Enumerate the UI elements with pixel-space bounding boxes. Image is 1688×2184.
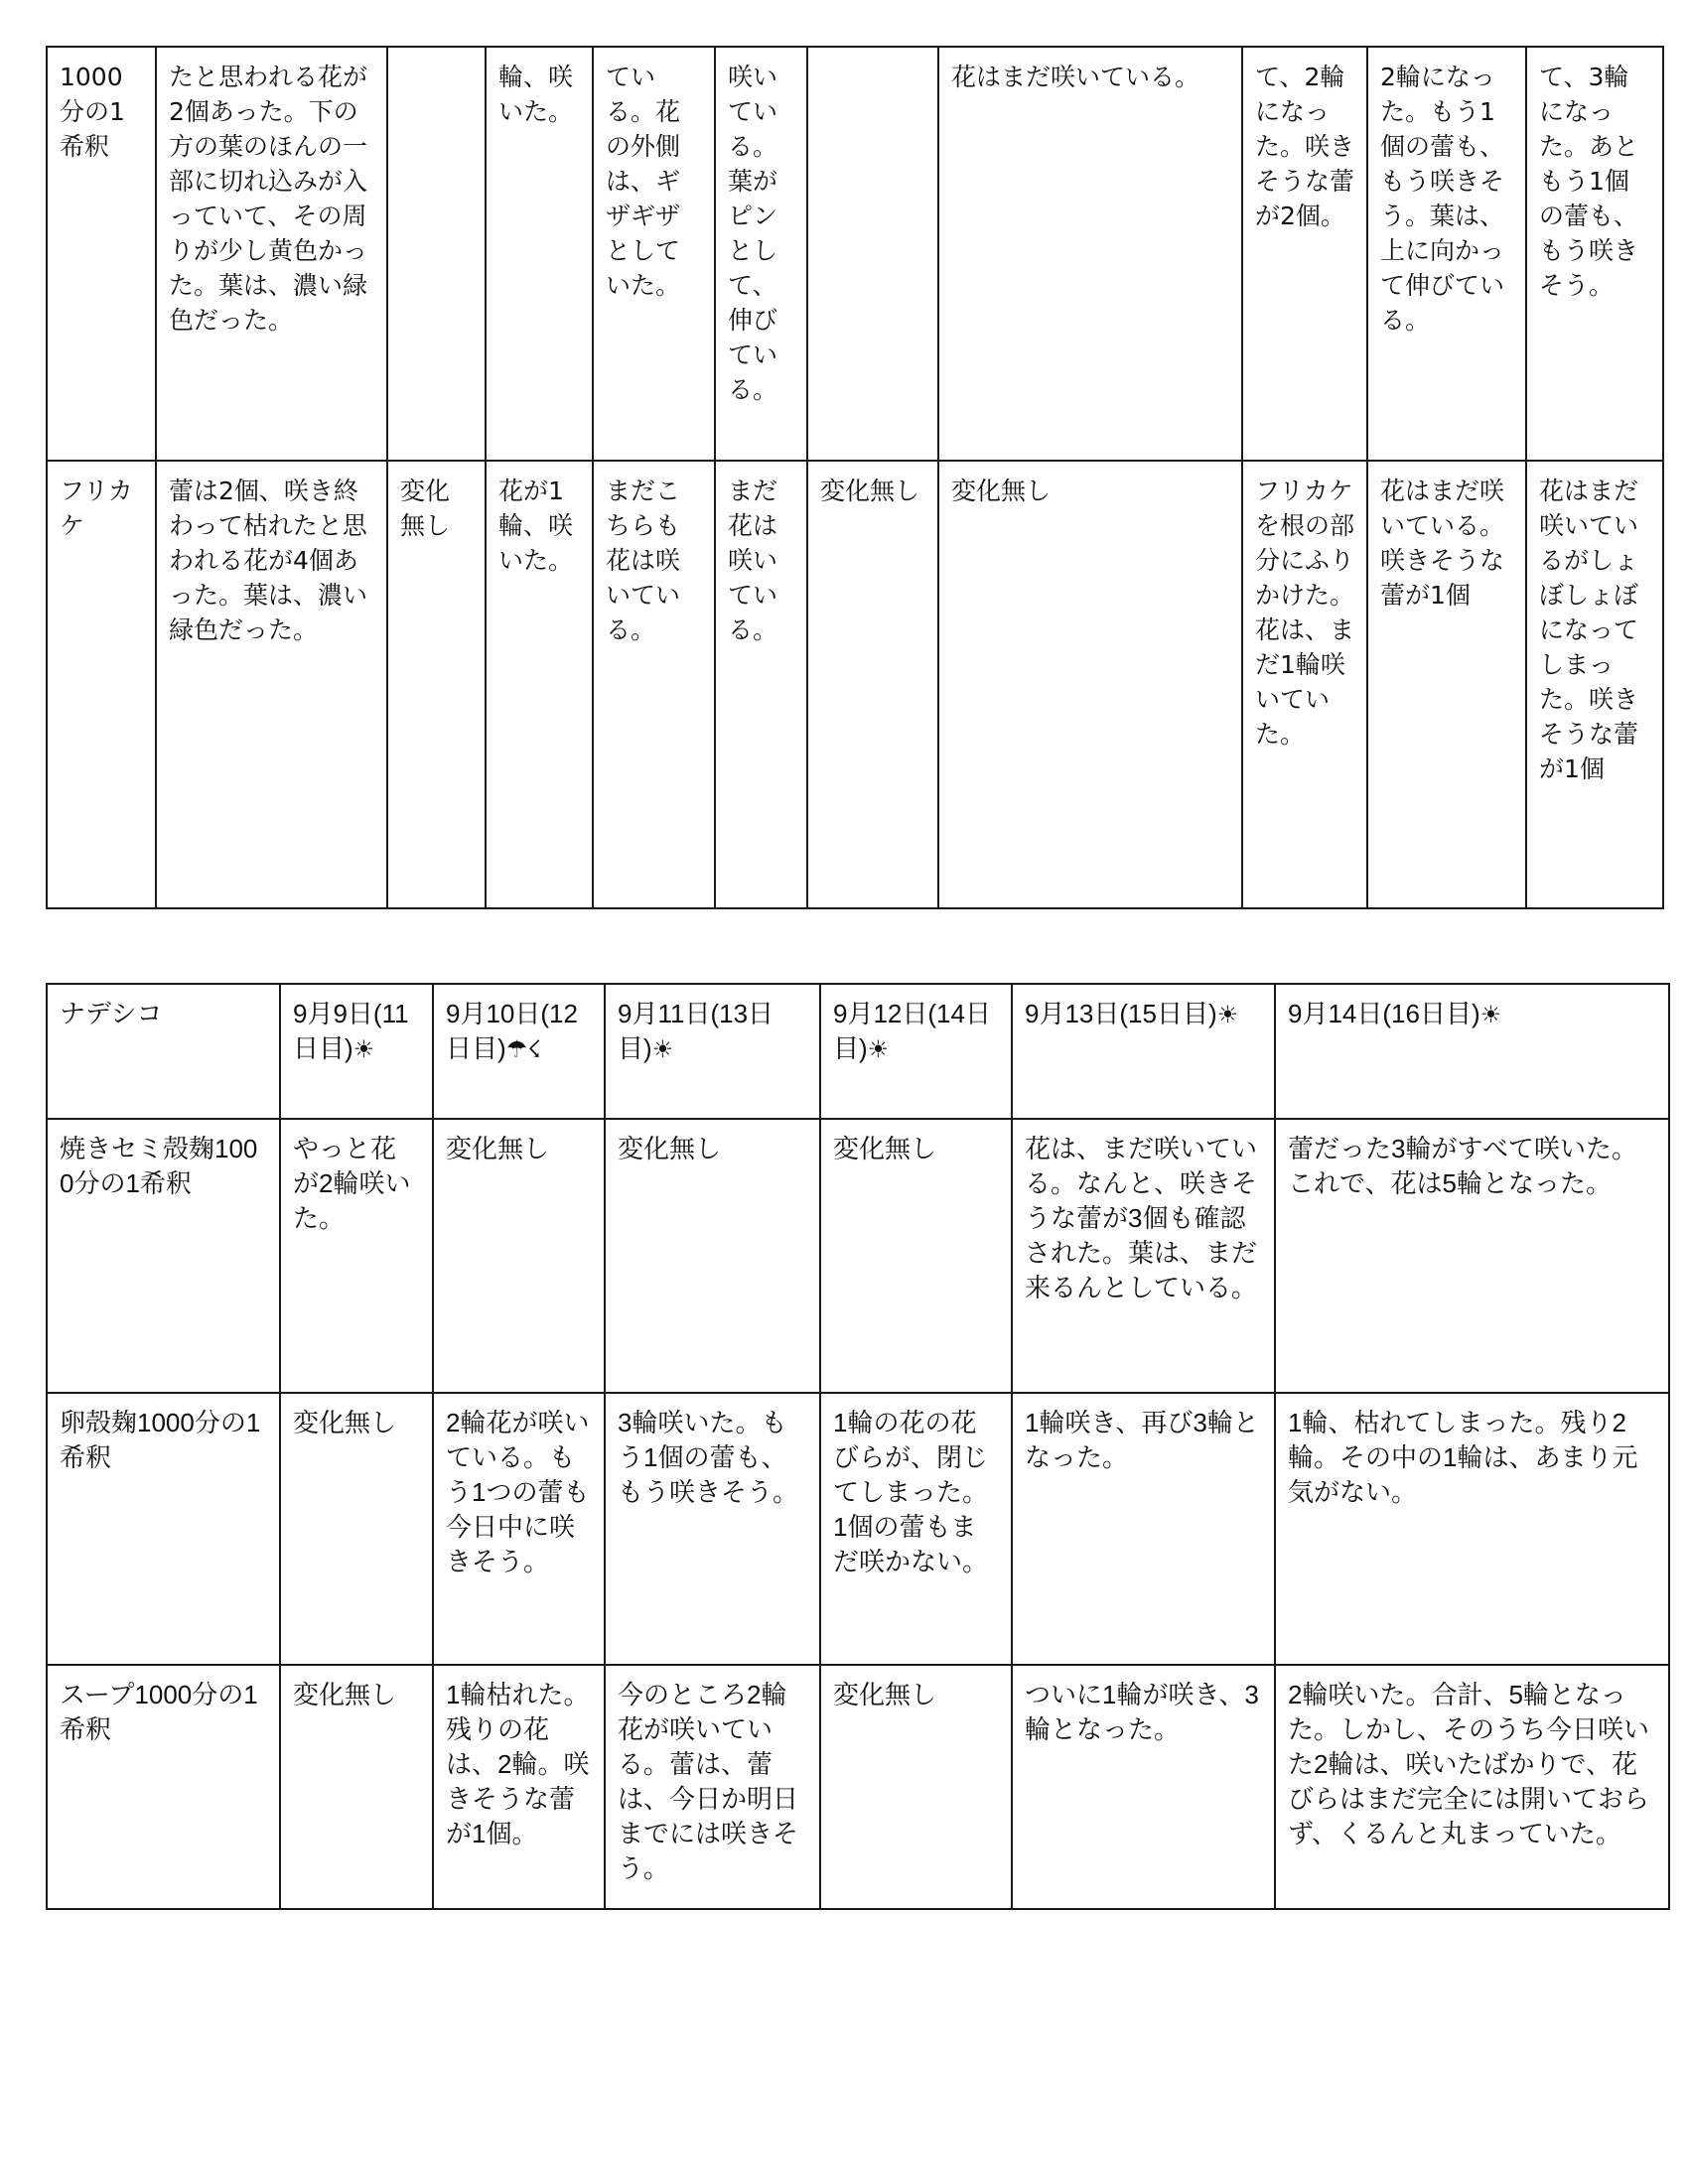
- table-cell: 変化無し: [820, 1119, 1012, 1393]
- table-cell: 花はまだ咲いているがしょぼしょぼになってしまった。咲きそうな蕾が1個: [1526, 461, 1663, 908]
- table-cell: 変化無し: [280, 1393, 433, 1665]
- table-row: 卵殻麹1000分の1希釈 変化無し 2輪花が咲いている。もう1つの蕾も今日中に咲…: [47, 1393, 1669, 1665]
- table-cell: まだ花は咲いている。: [715, 461, 807, 908]
- table-cell: 花は、まだ咲いている。なんと、咲きそうな蕾が3個も確認された。葉は、まだ来るんと…: [1012, 1119, 1275, 1393]
- table-cell: て、3輪になった。あともう1個の蕾も、もう咲きそう。: [1526, 47, 1663, 461]
- table-cell: [387, 47, 486, 461]
- date-label: 9月13日(15日目): [1025, 999, 1217, 1028]
- date-header: 9月10日(12日目)☂☇: [433, 984, 605, 1119]
- table-cell: 1輪、枯れてしまった。残り2輪。その中の1輪は、あまり元気がない。: [1275, 1393, 1669, 1665]
- header-row: ナデシコ 9月9日(11日目)☀ 9月10日(12日目)☂☇ 9月11日(13日…: [47, 984, 1669, 1119]
- table-cell: まだこちらも花は咲いている。: [593, 461, 715, 908]
- table-cell: やっと花が2輪咲いた。: [280, 1119, 433, 1393]
- table-cell: 蕾は2個、咲き終わって枯れたと思われる花が4個あった。葉は、濃い緑色だった。: [156, 461, 387, 908]
- row-label: 1000分の1希釈: [47, 47, 156, 461]
- date-header: 9月13日(15日目)☀: [1012, 984, 1275, 1119]
- row-label: スープ1000分の1希釈: [47, 1665, 280, 1909]
- date-label: 9月9日(11日目): [293, 999, 409, 1063]
- table-cell: たと思われる花が2個あった。下の方の葉のほんの一部に切れ込みが入っていて、その周…: [156, 47, 387, 461]
- table-cell: 1輪枯れた。残りの花は、2輪。咲きそうな蕾が1個。: [433, 1665, 605, 1909]
- date-header: 9月12日(14日目)☀: [820, 984, 1012, 1119]
- table-cell: 咲いている。葉がピンとして、伸びている。: [715, 47, 807, 461]
- sun-icon: ☀: [652, 1036, 674, 1063]
- table-cell: て、2輪になった。咲きそうな蕾が2個。: [1242, 47, 1367, 461]
- row-label: フリカケ: [47, 461, 156, 908]
- table-cell: 蕾だった3輪がすべて咲いた。これで、花は5輪となった。: [1275, 1119, 1669, 1393]
- observation-table-continued: 1000分の1希釈 たと思われる花が2個あった。下の方の葉のほんの一部に切れ込み…: [46, 46, 1664, 909]
- table-row: スープ1000分の1希釈 変化無し 1輪枯れた。残りの花は、2輪。咲きそうな蕾が…: [47, 1665, 1669, 1909]
- date-label: 9月12日(14日目): [833, 999, 991, 1063]
- sun-icon: ☀: [868, 1036, 890, 1063]
- table-cell: 花が1輪、咲いた。: [486, 461, 593, 908]
- date-header: 9月9日(11日目)☀: [280, 984, 433, 1119]
- table-row: 焼きセミ殻麹1000分の1希釈 やっと花が2輪咲いた。 変化無し 変化無し 変化…: [47, 1119, 1669, 1393]
- table-cell: 変化無し: [387, 461, 486, 908]
- table-row: フリカケ 蕾は2個、咲き終わって枯れたと思われる花が4個あった。葉は、濃い緑色だ…: [47, 461, 1663, 908]
- row-label: 焼きセミ殻麹1000分の1希釈: [47, 1119, 280, 1393]
- table-cell: フリカケを根の部分にふりかけた。花は、まだ1輪咲いていた。: [1242, 461, 1367, 908]
- table-cell: 花はまだ咲いている。咲きそうな蕾が1個: [1367, 461, 1526, 908]
- table-cell: 2輪咲いた。合計、5輪となった。しかし、そのうち今日咲いた2輪は、咲いたばかりで…: [1275, 1665, 1669, 1909]
- row-label: 卵殻麹1000分の1希釈: [47, 1393, 280, 1665]
- date-label: 9月14日(16日目): [1288, 999, 1480, 1028]
- sun-icon: ☀: [1217, 1002, 1239, 1028]
- table-cell: 3輪咲いた。もう1個の蕾も、もう咲きそう。: [605, 1393, 820, 1665]
- table-cell: 変化無し: [433, 1119, 605, 1393]
- table-cell: 輪、咲いた。: [486, 47, 593, 461]
- table-cell: 1輪咲き、再び3輪となった。: [1012, 1393, 1275, 1665]
- table-cell: ついに1輪が咲き、3輪となった。: [1012, 1665, 1275, 1909]
- table-cell: 変化無し: [807, 461, 938, 908]
- table-cell: 変化無し: [820, 1665, 1012, 1909]
- table-cell: 今のところ2輪花が咲いている。蕾は、蕾は、今日か明日までには咲きそう。: [605, 1665, 820, 1909]
- sun-icon: ☀: [1480, 1002, 1502, 1028]
- table-cell: 変化無し: [605, 1119, 820, 1393]
- table-cell: ている。花の外側は、ギザギザとしていた。: [593, 47, 715, 461]
- table-title: ナデシコ: [47, 984, 280, 1119]
- table-cell: [807, 47, 938, 461]
- date-header: 9月14日(16日目)☀: [1275, 984, 1669, 1119]
- umbrella-rain-icon: ☂☇: [506, 1036, 541, 1063]
- date-header: 9月11日(13日目)☀: [605, 984, 820, 1119]
- table-cell: 花はまだ咲いている。: [938, 47, 1242, 461]
- date-label: 9月11日(13日目): [618, 999, 774, 1063]
- nadeshiko-observation-table: ナデシコ 9月9日(11日目)☀ 9月10日(12日目)☂☇ 9月11日(13日…: [46, 983, 1670, 1910]
- sun-icon: ☀: [353, 1036, 375, 1063]
- table-cell: 1輪の花の花びらが、閉じてしまった。1個の蕾もまだ咲かない。: [820, 1393, 1012, 1665]
- table-cell: 2輪花が咲いている。もう1つの蕾も今日中に咲きそう。: [433, 1393, 605, 1665]
- table-cell: 変化無し: [280, 1665, 433, 1909]
- table-cell: 2輪になった。もう1個の蕾も、もう咲きそう。葉は、上に向かって伸びている。: [1367, 47, 1526, 461]
- table-row: 1000分の1希釈 たと思われる花が2個あった。下の方の葉のほんの一部に切れ込み…: [47, 47, 1663, 461]
- table-cell: 変化無し: [938, 461, 1242, 908]
